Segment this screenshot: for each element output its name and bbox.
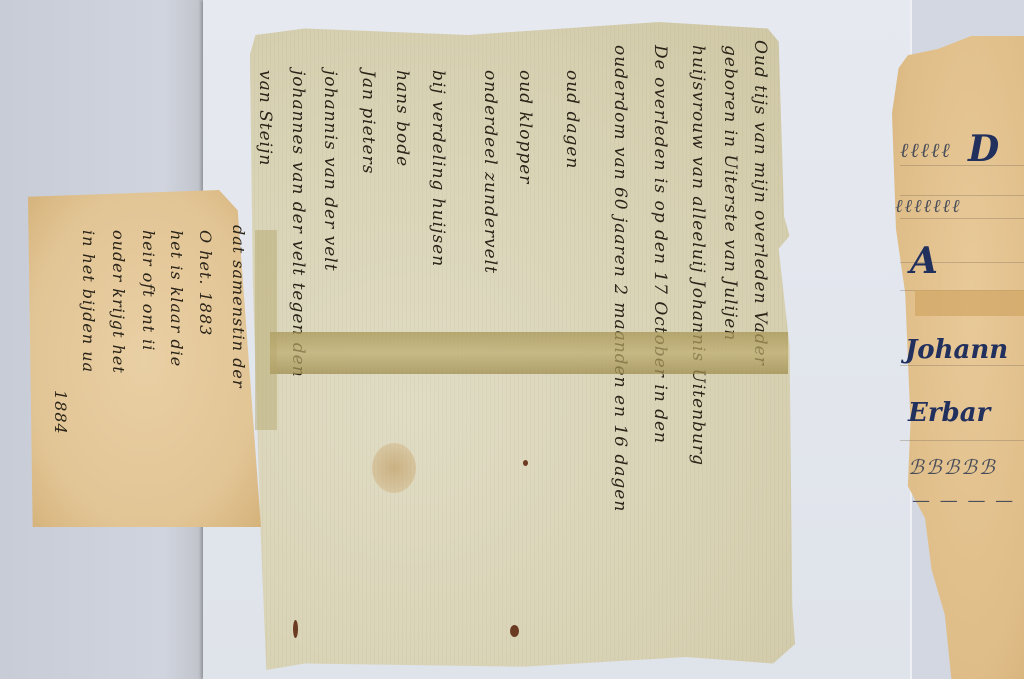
handwritten-line: het is klaar die — [167, 230, 186, 367]
handwritten-line: hans bode — [392, 70, 412, 167]
handwritten-line: huijsvrouw van alleeluij Johannis Uitenb… — [688, 45, 708, 466]
ruled-line — [900, 218, 1024, 219]
ink-spot — [510, 625, 519, 637]
handwritten-line: O het. 1883 — [196, 230, 215, 336]
calligraphy-letter: A — [910, 240, 938, 282]
calligraphy-word: Johann — [905, 335, 1008, 365]
flourish-row: ℓℓℓℓℓ — [900, 138, 952, 163]
handwritten-line: in het bijden ua — [79, 230, 98, 373]
handwritten-line: De overleden is op den 17 October in den — [650, 45, 670, 444]
calligraphy-letter: D — [968, 128, 999, 170]
handwritten-line: ouder krijgt het — [109, 230, 128, 374]
flourish-row: — — — — — [912, 490, 1015, 511]
flourish-row: ℓℓℓℓℓℓℓ — [895, 196, 961, 217]
ink-spot — [293, 620, 298, 638]
flourish-row: ℬℬℬℬℬ — [908, 455, 997, 479]
handwritten-line: 1884 — [51, 390, 70, 435]
handwritten-line: bij verdeling huijsen — [428, 70, 448, 267]
calligraphy-word: Erbar — [908, 398, 990, 428]
ruled-line — [900, 165, 1024, 166]
tape-strip — [270, 332, 788, 374]
handwritten-line: oud dagen — [562, 70, 582, 169]
handwritten-line: Oud tijs van mijn overleden Vader — [750, 40, 770, 366]
handwritten-line: dat samenstin der — [229, 225, 248, 389]
tape — [915, 290, 1024, 316]
ruled-line — [900, 365, 1024, 366]
handwritten-line: onderdeel zundervelt — [480, 70, 500, 274]
handwritten-line: oud klopper — [515, 70, 535, 184]
stain — [372, 443, 416, 493]
handwritten-line: heir oft ont ii — [139, 230, 158, 351]
ruled-line — [900, 440, 1024, 441]
ink-spot — [523, 460, 528, 466]
tape-strip-vertical — [255, 230, 277, 430]
handwritten-line: ouderdom van 60 jaaren 2 maanden en 16 d… — [610, 45, 630, 512]
handwritten-line: van Steijn — [255, 70, 275, 166]
handwritten-line: Jan pieters — [358, 70, 378, 174]
handwritten-line: geboren in Uiterste van Julijen — [720, 45, 740, 341]
handwritten-line: johannis van der velt — [320, 70, 340, 272]
